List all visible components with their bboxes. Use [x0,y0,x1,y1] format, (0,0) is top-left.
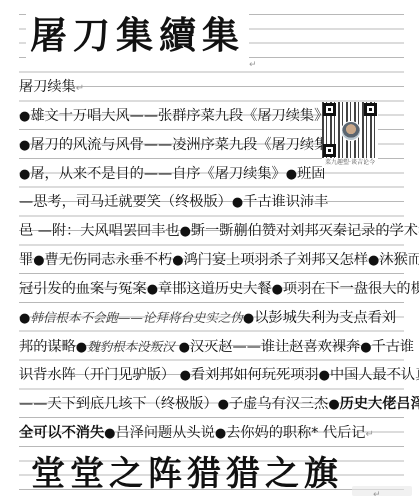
toc-entry-text: 曹无伤同志永垂不朽 [45,252,173,268]
bullet-icon: ● [19,167,30,182]
bullet-icon: ● [368,253,379,268]
toc-row: —思考，司马迁就要笑（终极版）●千古谁识沛丰 [19,188,411,217]
toc-entry-text: —思考，司马迁就要笑（终极版） [19,194,232,210]
toc-entry-text: 千古谁 [372,339,415,355]
toc-entry-text: 屠，从来不是目的——自序《屠刀续集》 [30,166,285,182]
toc-entry-text: 千古谁识沛丰 [243,194,328,210]
bullet-icon: ● [232,195,243,210]
toc-row: 邦的谋略●魏豹根本没叛汉 ●汉灭赵——谁让赵喜欢裸奔●千古谁 [19,333,411,362]
paragraph-mark: ↵ [249,60,257,70]
bullet-icon: ● [172,253,183,268]
toc-entry-text: 以彭城失利为支点看刘 [254,310,396,326]
qr-code-block: 菜九趣塑·谈吉论今 [322,102,378,168]
bullet-icon: ● [19,109,30,124]
toc-entry-text: 识背水阵（开门见驴版） [19,367,180,383]
bullet-icon: ● [179,340,190,355]
bullet-icon: ● [147,282,158,297]
watermark [352,486,412,496]
paragraph-mark: ↵ [365,429,373,440]
calligraphy-title: 屠刀集續集 [26,10,249,60]
bullet-icon: ● [19,311,30,326]
toc-entry-text: 雄文十万唱大风——张群序菜九段《屠刀续集》 [30,108,328,124]
toc-row: 全可以不消失●吕泽问题从头说●去你妈的职称* 代后记↵ [19,419,411,448]
bullet-icon: ● [360,340,371,355]
qr-finder-icon [323,144,336,157]
toc-entry-text: 魏豹根本没叛汉 [87,339,178,354]
bullet-icon: ● [218,397,229,412]
toc-entry-text: ——天下到底几垓下（终极版） [19,396,218,412]
bullet-icon: ● [76,340,87,355]
bullet-icon: ● [33,253,44,268]
toc-row: ●韩信根本不会跑——论拜将台史实之伪●以彭城失利为支点看刘 [19,304,411,333]
bullet-icon: ● [180,224,191,239]
toc-entry-text: 子虚乌有汉三杰 [229,396,328,412]
toc-entry-text: 吕泽问题从头说 [115,425,214,441]
toc-entry-text: 韩信根本不会跑——论拜将台史实之伪 [30,310,243,325]
subtitle-row: 屠刀续集↵ [19,73,411,102]
calligraphy-footer: 堂堂之阵猎猎之旗 [31,450,343,498]
toc-entry-text: 沐猴而 [379,252,419,268]
toc-entry-text: 鸿门宴上项羽杀了刘邦又怎样 [184,252,368,268]
bullet-icon: ● [215,426,226,441]
qr-finder-icon [364,103,377,116]
toc-entry-text: 汉灭赵——谁让赵喜欢裸奔 [190,339,360,355]
toc-row: 邑 —附：大风唱罢回丰也●斲一斲蒯伯赞对刘邦灭秦记录的学术犯 [19,217,411,246]
toc-row: 冠引发的血案与冤案●章邯这道历史大餐●项羽在下一盘很大的棋 [19,275,411,304]
bullet-icon: ● [286,167,297,182]
bullet-icon: ● [180,368,191,383]
subtitle: 屠刀续集 [19,79,76,95]
bullet-icon: ● [104,426,115,441]
toc-entry-text: 斲一斲蒯伯赞对刘邦灭秦记录的学术犯 [191,223,419,239]
toc-entry-text: 屠刀的风流与风骨——凌洲序菜九段《屠刀续集》 [30,137,342,153]
qr-caption: 菜九趣塑·谈吉论今 [322,158,378,168]
toc-entry-text: 冠引发的血案与冤案 [19,281,147,297]
toc-entry-text: 项羽在下一盘很大的棋 [283,281,419,297]
toc-entry-text: 看刘邦如何玩死项羽 [191,367,319,383]
toc-entry-text: 邦的谋略 [19,339,76,355]
bullet-icon: ● [19,138,30,153]
toc-entry-text: 中国人最不认真 [330,367,419,383]
toc-entry-text: 邑 —附：大风唱罢回丰也 [19,223,180,239]
qr-finder-icon [323,103,336,116]
toc-entry-text: 章邯这道历史大餐 [158,281,272,297]
bullet-icon: ● [243,311,254,326]
bullet-icon: ● [328,397,339,412]
bullet-icon: ● [272,282,283,297]
avatar [341,121,361,141]
paragraph-mark: ↵ [373,490,381,500]
document-page: 屠刀集續集 ↵ 屠刀续集↵ ●雄文十万唱大风——张群序菜九段《屠刀续集》●屠刀的… [0,0,419,502]
toc-row: 罪●曹无伤同志永垂不朽●鸿门宴上项羽杀了刘邦又怎样●沐猴而 [19,246,411,275]
qr-code-icon [322,102,378,158]
toc-row: ——天下到底几垓下（终极版）●子虚乌有汉三杰●历史大佬吕泽完 [19,390,411,419]
toc-entry-text: 全可以不消失 [19,425,104,441]
toc-entry-text: 历史大佬吕泽完 [340,396,419,412]
paragraph-mark: ↵ [76,83,84,94]
toc-row: 识背水阵（开门见驴版） ●看刘邦如何玩死项羽●中国人最不认真 [19,361,411,390]
bullet-icon: ● [319,368,330,383]
toc-entry-text: 去你妈的职称* 代后记 [226,425,365,441]
toc-entry-text: 罪 [19,252,33,268]
